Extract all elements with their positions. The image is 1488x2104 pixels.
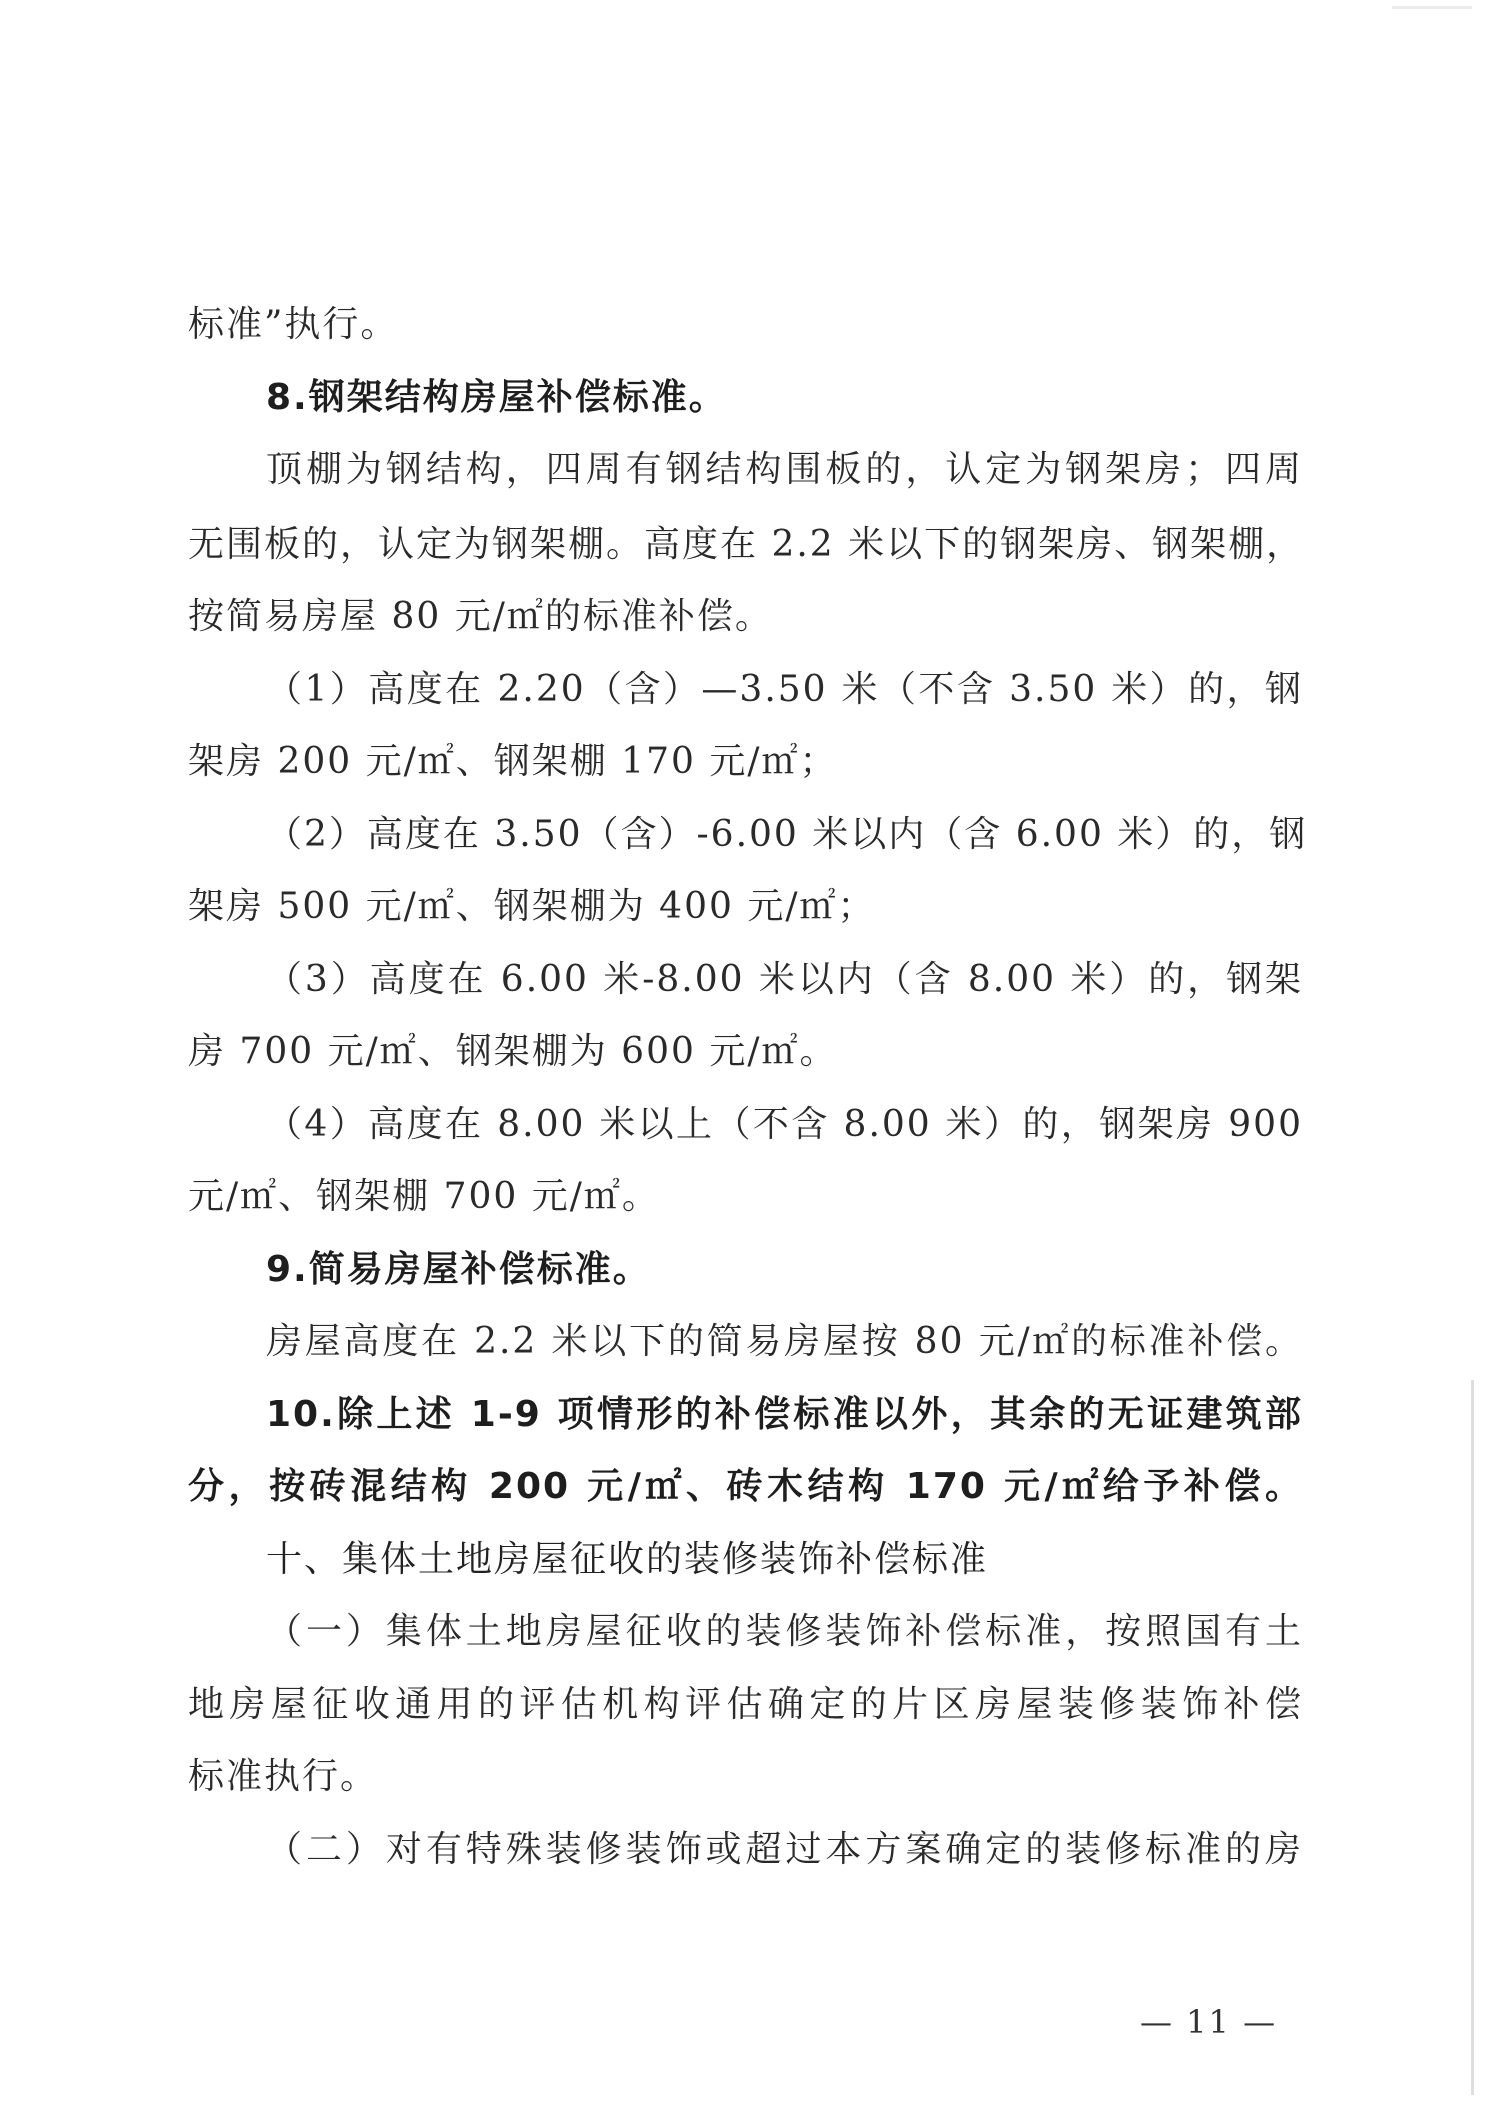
list-item-2: （2）高度在 3.50（含）-6.00 米以内（含 6.00 米）的，钢: [266, 807, 1303, 863]
text-line: 标准执行。: [188, 1749, 1303, 1805]
section-heading-8: 8.钢架结构房屋补偿标准。: [266, 370, 1303, 426]
text-line: 元/㎡、钢架棚 700 元/㎡。: [188, 1169, 1303, 1225]
text-line: 无围板的，认定为钢架棚。高度在 2.2 米以下的钢架房、钢架棚，: [188, 517, 1303, 573]
text-line-bold: 分，按砖混结构 200 元/㎡、砖木结构 170 元/㎡给予补偿。: [188, 1459, 1303, 1515]
text-line: 按简易房屋 80 元/㎡的标准补偿。: [188, 589, 1303, 645]
scan-artifact-top: [1392, 6, 1472, 9]
text-line: 房屋高度在 2.2 米以下的简易房屋按 80 元/㎡的标准补偿。: [266, 1314, 1303, 1370]
chapter-heading-10: 十、集体土地房屋征收的装修装饰补偿标准: [266, 1532, 1303, 1588]
sub-item-1: （一）集体土地房屋征收的装修装饰补偿标准，按照国有土: [266, 1604, 1303, 1660]
page-number: — 11 —: [1140, 2000, 1277, 2044]
list-item-1: （1）高度在 2.20（含）—3.50 米（不含 3.50 米）的，钢: [266, 662, 1303, 718]
document-page: 标准”执行。 8.钢架结构房屋补偿标准。 顶棚为钢结构，四周有钢结构围板的，认定…: [0, 0, 1488, 2104]
text-line: 架房 200 元/㎡、钢架棚 170 元/㎡；: [188, 734, 1303, 790]
scan-artifact-edge: [1471, 1380, 1474, 2095]
sub-item-2: （二）对有特殊装修装饰或超过本方案确定的装修标准的房: [266, 1822, 1303, 1878]
section-heading-10: 10.除上述 1-9 项情形的补偿标准以外，其余的无证建筑部: [266, 1387, 1303, 1443]
list-item-4: （4）高度在 8.00 米以上（不含 8.00 米）的，钢架房 900: [266, 1097, 1303, 1153]
text-line: 架房 500 元/㎡、钢架棚为 400 元/㎡；: [188, 879, 1303, 935]
list-item-3: （3）高度在 6.00 米-8.00 米以内（含 8.00 米）的，钢架: [266, 952, 1303, 1008]
text-line: 地房屋征收通用的评估机构评估确定的片区房屋装修装饰补偿: [188, 1677, 1303, 1733]
text-line: 顶棚为钢结构，四周有钢结构围板的，认定为钢架房；四周: [266, 442, 1303, 498]
text-line: 标准”执行。: [188, 297, 1303, 353]
section-heading-9: 9.简易房屋补偿标准。: [266, 1242, 1303, 1298]
text-line: 房 700 元/㎡、钢架棚为 600 元/㎡。: [188, 1024, 1303, 1080]
